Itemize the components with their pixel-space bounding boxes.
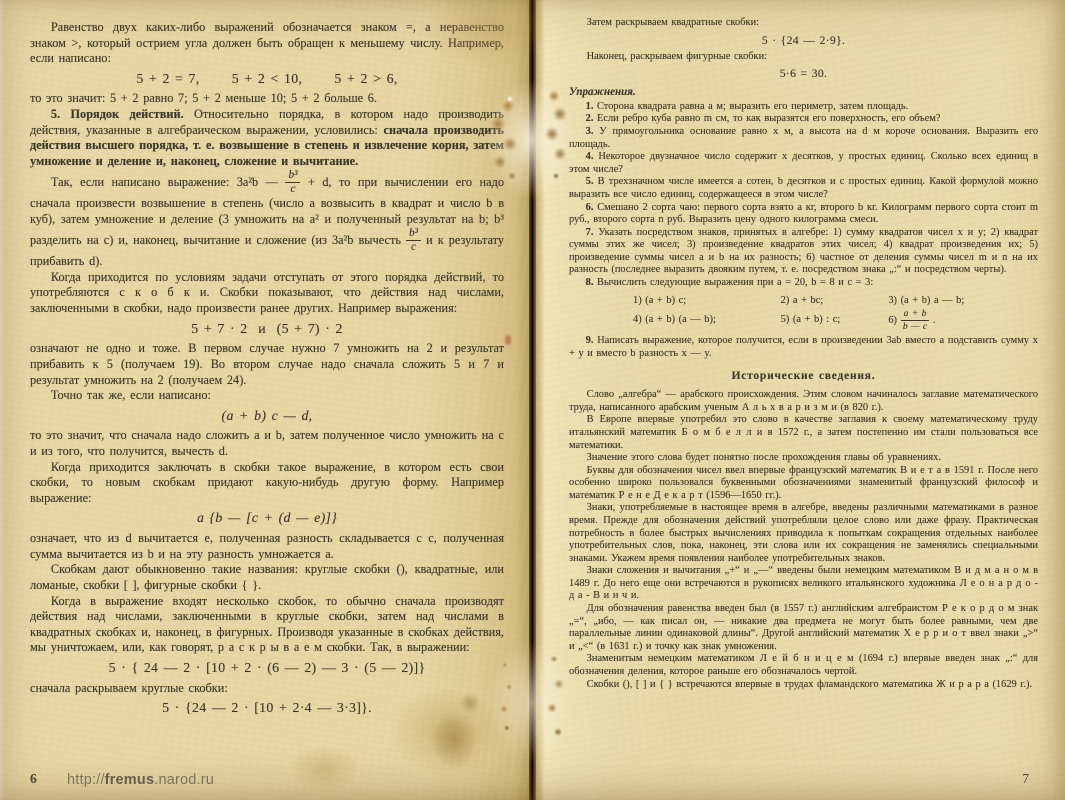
text-run: Написать выражение, которое получится, е… — [569, 335, 1038, 359]
exercise-number: 1. — [586, 101, 597, 112]
paragraph: 5. Порядок действий. Относительно порядк… — [30, 107, 504, 169]
text-run: Точно так же, если написано: — [51, 388, 211, 402]
text-run: 5. Порядок действий. — [51, 107, 184, 121]
text-run: 5 · {24 — 2·9}. — [762, 34, 845, 47]
text-run: 6) — [888, 315, 900, 326]
text-run: Смешано 2 сорта чаю: первого сорта взято… — [569, 202, 1038, 226]
paragraph: Когда приходится заключать в скобки тако… — [30, 460, 504, 507]
text-run: У прямоугольника основание равно x м, а … — [569, 126, 1038, 150]
inline-fraction: b³c — [406, 228, 421, 255]
paragraph: Буквы для обозначения чисел ввел впервые… — [569, 465, 1038, 503]
paragraph: Скобкам дают обыкновенно такие названия:… — [30, 562, 504, 593]
exercise-number: 8. — [586, 277, 597, 288]
math-formula: 5 + 7 · 2 и (5 + 7) · 2 — [30, 321, 504, 339]
text-run: a {b — [c + (d — e)]} — [197, 511, 337, 526]
text-run: . — [929, 315, 935, 326]
text-run: Значение этого слова будет понятно после… — [587, 452, 941, 463]
exercise-number: 3. — [586, 126, 600, 137]
text-run: то это значит: 5 + 2 равно 7; 5 + 2 мень… — [30, 91, 377, 105]
math-formula: a {b — [c + (d — e)]} — [30, 510, 504, 528]
watermark-prefix: http:// — [67, 772, 105, 788]
text-run: Исторические сведения. — [732, 370, 876, 382]
math-formula: 5·6 = 30. — [569, 67, 1038, 81]
text-run: Буквы для обозначения чисел ввел впервые… — [569, 465, 1038, 501]
text-run: Когда приходится заключать в скобки тако… — [30, 460, 504, 505]
expression: 1) (a + b) c; — [633, 295, 781, 308]
text-run: Знаки, употребляемые в настоящее время в… — [569, 502, 1038, 563]
exercise-item: 8. Вычислить следующие выражения при a =… — [569, 277, 1038, 290]
math-formula: 5 · {24 — 2·9}. — [569, 34, 1038, 48]
watermark-suffix: .narod.ru — [154, 772, 214, 788]
section-heading: Исторические сведения. — [569, 370, 1038, 384]
text-run: Сторона квадрата равна a м; выразить его… — [597, 101, 908, 112]
text-run: 5) (a + b) : c; — [781, 314, 841, 325]
text-run: Затем раскрываем квадратные скобки: — [587, 17, 759, 28]
text-run: Для обозначения равенства введен был (в … — [569, 603, 1038, 652]
text-run: Скобки (), [ ] и { } встречаются впервые… — [587, 679, 1032, 690]
paragraph: Затем раскрываем квадратные скобки: — [569, 17, 1038, 30]
text-run: 3) (a + b) a — b; — [888, 295, 964, 306]
fraction-denominator: c — [406, 241, 421, 254]
text-run: 5 + 7 · 2 и (5 + 7) · 2 — [191, 322, 343, 337]
text-run: (a + b) c — d, — [222, 409, 313, 424]
text-run: сначала раскрываем круглые скобки: — [30, 681, 228, 695]
fraction-numerator: b³ — [285, 170, 300, 184]
exercise-expressions: 1) (a + b) c;2) a + bc;3) (a + b) a — b;… — [569, 295, 1038, 333]
math-formula: 5 + 2 = 7, 5 + 2 < 10, 5 + 2 > 6, — [30, 71, 504, 89]
math-formula: 5 · {24 — 2 · [10 + 2·4 — 3·3]}. — [30, 700, 504, 718]
page-number-right: 7 — [1022, 771, 1029, 787]
text-run: Так, если написано выражение: 3a²b — — [51, 175, 286, 189]
exercise-number: 4. — [586, 151, 599, 162]
exercise-item: 4. Некоторое двузначное число содержит x… — [569, 151, 1038, 176]
paragraph: Значение этого слова будет понятно после… — [569, 452, 1038, 465]
exercise-number: 6. — [586, 202, 598, 213]
paragraph: означают не одно и тоже. В первом случае… — [30, 341, 504, 388]
exercise-item: 6. Смешано 2 сорта чаю: первого сорта вз… — [569, 202, 1038, 227]
text-run: Равенство двух каких-либо выражений обоз… — [30, 20, 504, 65]
text-run: 5 + 2 = 7, 5 + 2 < 10, 5 + 2 > 6, — [136, 72, 397, 87]
exercise-item: 9. Написать выражение, которое получится… — [569, 335, 1038, 360]
text-run: Когда в выражение входят несколько скобо… — [30, 594, 504, 655]
book-binding-gutter — [529, 0, 536, 800]
exercise-number: 9. — [586, 335, 598, 346]
fraction-numerator: a + b — [901, 309, 930, 321]
text-run: Наконец, раскрываем фигурные скобки: — [587, 51, 767, 62]
paragraph: означает, что из d вычитается e, получен… — [30, 531, 504, 562]
text-run: Знаки сложения и вычитания „+“ и „—“ вве… — [569, 565, 1038, 601]
text-run: Некоторое двузначное число содержит x де… — [569, 151, 1038, 175]
paragraph: Знаки, употребляемые в настоящее время в… — [569, 502, 1038, 565]
page-right: Затем раскрываем квадратные скобки:5 · {… — [536, 0, 1065, 800]
watermark-domain: fremus — [105, 772, 155, 788]
text-run: Указать посредством знаков, принятых в а… — [569, 227, 1038, 276]
page-number-left: 6 — [30, 771, 37, 787]
exercise-number: 7. — [586, 227, 599, 238]
paragraph: то это значит, что сначала надо сложить … — [30, 428, 504, 459]
expression-row: 4) (a + b) (a — b);5) (a + b) : c;6) a +… — [569, 309, 1038, 332]
expression: 2) a + bc; — [781, 295, 889, 308]
expression: 3) (a + b) a — b; — [888, 295, 1032, 308]
paragraph: Точно так же, если написано: — [30, 388, 504, 404]
text-run: 5 · {24 — 2 · [10 + 2·4 — 3·3]}. — [162, 701, 372, 716]
paragraph: Когда в выражение входят несколько скобо… — [30, 594, 504, 656]
exercise-item: 3. У прямоугольника основание равно x м,… — [569, 126, 1038, 151]
expression: 6) a + bb — c . — [888, 309, 1032, 332]
page-right-content: Затем раскрываем квадратные скобки:5 · {… — [569, 17, 1038, 691]
text-run: означает, что из d вычитается e, получен… — [30, 531, 504, 561]
paragraph: В Европе впервые употребил это слово в к… — [569, 414, 1038, 452]
text-run: Знаменитым немецким математиком Л е й б … — [569, 653, 1038, 677]
paragraph: Равенство двух каких-либо выражений обоз… — [30, 20, 504, 67]
paragraph: Наконец, раскрываем фигурные скобки: — [569, 51, 1038, 64]
text-run: Упражнения. — [569, 86, 636, 98]
section-heading: Упражнения. — [569, 86, 1038, 99]
text-run: Если ребро куба равно m см, то как выраз… — [597, 113, 940, 124]
expression: 5) (a + b) : c; — [781, 314, 889, 327]
text-run: В Европе впервые употребил это слово в к… — [569, 414, 1038, 450]
text-run: Когда приходится по условиям задачи отст… — [30, 270, 504, 315]
math-formula: 5 · { 24 — 2 · [10 + 2 · (6 — 2) — 3 · (… — [30, 660, 504, 678]
paragraph: Скобки (), [ ] и { } встречаются впервые… — [569, 679, 1038, 692]
expression: 4) (a + b) (a — b); — [633, 314, 781, 327]
book-spread: Равенство двух каких-либо выражений обоз… — [0, 0, 1065, 800]
text-run: 5 · { 24 — 2 · [10 + 2 · (6 — 2) — 3 · (… — [109, 661, 426, 676]
paragraph: Когда приходится по условиям задачи отст… — [30, 270, 504, 317]
exercise-item: 5. В трехзначном числе имеется a сотен, … — [569, 176, 1038, 201]
text-run: В трехзначном числе имеется a сотен, b д… — [569, 176, 1038, 200]
paragraph: сначала раскрываем круглые скобки: — [30, 681, 504, 697]
fraction-denominator: c — [285, 183, 300, 196]
paragraph: то это значит: 5 + 2 равно 7; 5 + 2 мень… — [30, 91, 504, 107]
text-run: 4) (a + b) (a — b); — [633, 314, 716, 325]
text-run: то это значит, что сначала надо сложить … — [30, 428, 504, 458]
paragraph: Для обозначения равенства введен был (в … — [569, 603, 1038, 653]
math-formula: (a + b) c — d, — [30, 408, 504, 426]
text-run: Вычислить следующие выражения при a = 20… — [597, 277, 873, 288]
page-left-content: Равенство двух каких-либо выражений обоз… — [30, 20, 504, 721]
expression-row: 1) (a + b) c;2) a + bc;3) (a + b) a — b; — [569, 295, 1038, 308]
paragraph: Так, если написано выражение: 3a²b — b³c… — [30, 170, 504, 270]
paragraph: Знаменитым немецким математиком Л е й б … — [569, 653, 1038, 678]
inline-fraction: b³c — [285, 170, 300, 197]
watermark-url: http://fremus.narod.ru — [67, 772, 214, 788]
exercise-item: 2. Если ребро куба равно m см, то как вы… — [569, 113, 1038, 126]
exercise-number: 2. — [586, 113, 597, 124]
fraction-numerator: b³ — [406, 228, 421, 242]
paragraph: Знаки сложения и вычитания „+“ и „—“ вве… — [569, 565, 1038, 603]
text-run: Скобкам дают обыкновенно такие названия:… — [30, 562, 504, 592]
text-run: 5·6 = 30. — [780, 67, 828, 80]
text-run: означают не одно и тоже. В первом случае… — [30, 341, 504, 386]
exercise-number: 5. — [586, 176, 598, 187]
exercise-item: 1. Сторона квадрата равна a м; выразить … — [569, 101, 1038, 114]
paragraph: Слово „алгебра“ — арабского происхождени… — [569, 389, 1038, 414]
inline-fraction: a + bb — c — [901, 309, 930, 332]
exercise-item: 7. Указать посредством знаков, принятых … — [569, 227, 1038, 277]
page-left: Равенство двух каких-либо выражений обоз… — [0, 0, 529, 800]
text-run: 2) a + bc; — [781, 295, 824, 306]
text-run: Слово „алгебра“ — арабского происхождени… — [569, 389, 1038, 413]
text-run: 1) (a + b) c; — [633, 295, 686, 306]
fraction-denominator: b — c — [901, 321, 930, 332]
